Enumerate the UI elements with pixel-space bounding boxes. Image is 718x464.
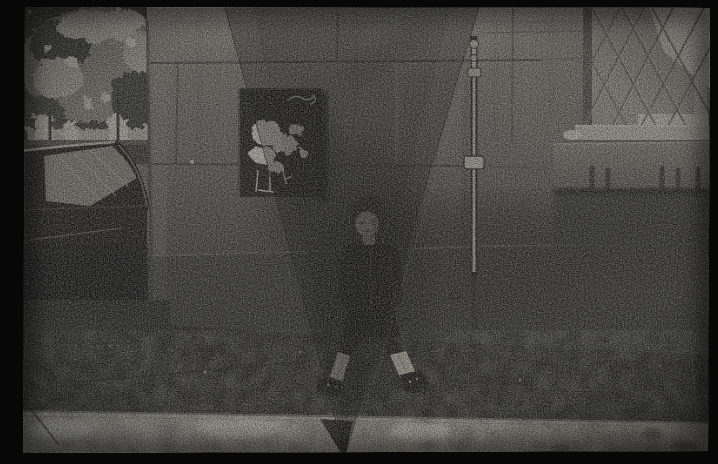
photograph bbox=[0, 0, 718, 464]
vignette bbox=[20, 4, 714, 460]
photo-stage bbox=[0, 0, 718, 464]
